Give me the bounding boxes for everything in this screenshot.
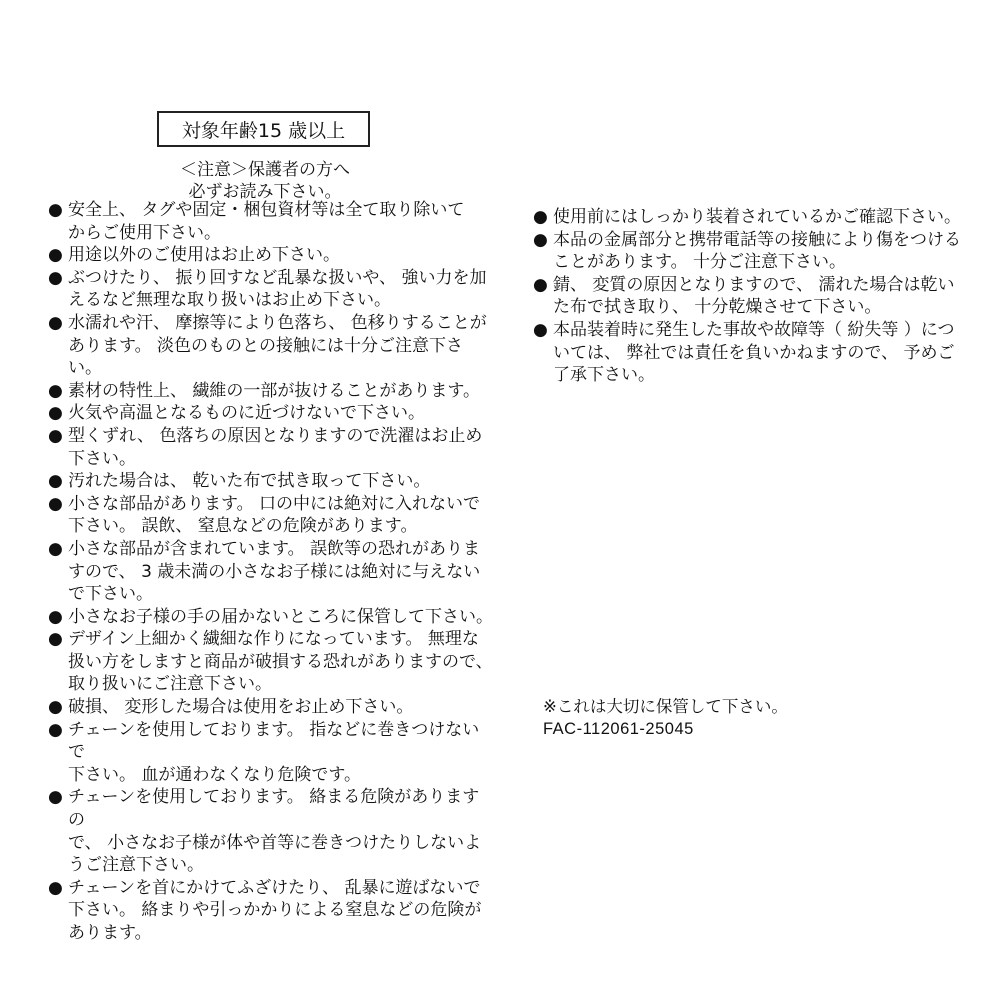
caution-item-text: 用途以外のご使用はお止め下さい。 xyxy=(68,244,493,267)
caution-item: ●型くずれ、 色落ちの原因となりますので洗濯はお止め 下さい。 xyxy=(48,425,493,470)
caution-item: ●安全上、 タグや固定・梱包資材等は全て取り除いて からご使用下さい。 xyxy=(48,199,493,244)
bullet-icon: ● xyxy=(48,877,63,900)
bullet-icon: ● xyxy=(48,493,63,516)
caution-item-text: 安全上、 タグや固定・梱包資材等は全て取り除いて からご使用下さい。 xyxy=(68,199,493,244)
bullet-icon: ● xyxy=(48,244,63,267)
caution-item-text: 錆、 変質の原因となりますので、 濡れた場合は乾い た布で拭き取り、 十分乾燥さ… xyxy=(553,274,973,319)
bullet-icon: ● xyxy=(48,696,63,719)
bullet-icon: ● xyxy=(48,312,63,335)
caution-item-text: 汚れた場合は、 乾いた布で拭き取って下さい。 xyxy=(68,470,493,493)
caution-heading: ＜注意＞保護者の方へ xyxy=(130,159,400,181)
bullet-icon: ● xyxy=(533,319,548,342)
bullet-icon: ● xyxy=(48,628,63,651)
caution-item: ●使用前にはしっかり装着されているかご確認下さい。 xyxy=(533,206,973,229)
caution-item-text: デザイン上細かく繊細な作りになっています。 無理な 扱い方をしますと商品が破損す… xyxy=(68,628,493,696)
caution-item-text: 本品の金属部分と携帯電話等の接触により傷をつける ことがあります。 十分ご注意下… xyxy=(553,229,973,274)
caution-item: ●小さな部品が含まれています。 誤飲等の恐れがありま すので、 3 歳未満の小さ… xyxy=(48,538,493,606)
caution-item-text: 本品装着時に発生した事故や故障等（ 紛失等 ）につ いては、 弊社では責任を負い… xyxy=(553,319,973,387)
caution-item-text: 型くずれ、 色落ちの原因となりますので洗濯はお止め 下さい。 xyxy=(68,425,493,470)
bullet-icon: ● xyxy=(48,199,63,222)
caution-item-text: 素材の特性上、 繊維の一部が抜けることがあります。 xyxy=(68,380,493,403)
bullet-icon: ● xyxy=(48,470,63,493)
product-code: FAC-112061-25045 xyxy=(543,718,694,740)
bullet-icon: ● xyxy=(48,425,63,448)
bullet-icon: ● xyxy=(533,206,548,229)
bullet-icon: ● xyxy=(533,274,548,297)
caution-item-text: チェーンを首にかけてふざけたり、 乱暴に遊ばないで 下さい。 絡まりや引っかかり… xyxy=(68,877,493,945)
caution-item: ●破損、 変形した場合は使用をお止め下さい。 xyxy=(48,696,493,719)
caution-item: ●チェーンを首にかけてふざけたり、 乱暴に遊ばないで 下さい。 絡まりや引っかか… xyxy=(48,877,493,945)
right-caution-list: ●使用前にはしっかり装着されているかご確認下さい。●本品の金属部分と携帯電話等の… xyxy=(533,206,973,387)
left-caution-list: ●安全上、 タグや固定・梱包資材等は全て取り除いて からご使用下さい。●用途以外… xyxy=(48,199,493,945)
caution-item: ●本品の金属部分と携帯電話等の接触により傷をつける ことがあります。 十分ご注意… xyxy=(533,229,973,274)
caution-item-text: 火気や高温となるものに近づけないで下さい。 xyxy=(68,402,493,425)
caution-item: ●デザイン上細かく繊細な作りになっています。 無理な 扱い方をしますと商品が破損… xyxy=(48,628,493,696)
caution-item: ●錆、 変質の原因となりますので、 濡れた場合は乾い た布で拭き取り、 十分乾燥… xyxy=(533,274,973,319)
target-age-box: 対象年齢15 歳以上 xyxy=(157,111,370,147)
bullet-icon: ● xyxy=(48,380,63,403)
keep-note: ※これは大切に保管して下さい。 xyxy=(543,696,788,718)
caution-item: ●水濡れや汗、 摩擦等により色落ち、 色移りすることが あります。 淡色のものと… xyxy=(48,312,493,380)
bullet-icon: ● xyxy=(48,402,63,425)
caution-item: ●チェーンを使用しております。 絡まる危険がありますの で、 小さなお子様が体や… xyxy=(48,786,493,876)
caution-item: ●用途以外のご使用はお止め下さい。 xyxy=(48,244,493,267)
caution-item: ●本品装着時に発生した事故や故障等（ 紛失等 ）につ いては、 弊社では責任を負… xyxy=(533,319,973,387)
caution-item-text: ぶつけたり、 振り回すなど乱暴な扱いや、 強い力を加 えるなど無理な取り扱いはお… xyxy=(68,267,493,312)
bullet-icon: ● xyxy=(48,786,63,809)
caution-item-text: 水濡れや汗、 摩擦等により色落ち、 色移りすることが あります。 淡色のものとの… xyxy=(68,312,493,380)
caution-item-text: 小さな部品が含まれています。 誤飲等の恐れがありま すので、 3 歳未満の小さな… xyxy=(68,538,493,606)
caution-item: ●小さなお子様の手の届かないところに保管して下さい。 xyxy=(48,606,493,629)
caution-item: ●汚れた場合は、 乾いた布で拭き取って下さい。 xyxy=(48,470,493,493)
caution-item-text: チェーンを使用しております。 指などに巻きつけないで 下さい。 血が通わなくなり… xyxy=(68,719,493,787)
caution-item-text: 小さなお子様の手の届かないところに保管して下さい。 xyxy=(68,606,493,629)
caution-item-text: チェーンを使用しております。 絡まる危険がありますの で、 小さなお子様が体や首… xyxy=(68,786,493,876)
caution-item: ●ぶつけたり、 振り回すなど乱暴な扱いや、 強い力を加 えるなど無理な取り扱いは… xyxy=(48,267,493,312)
target-age-label: 対象年齢15 歳以上 xyxy=(182,116,345,143)
bullet-icon: ● xyxy=(48,606,63,629)
bullet-icon: ● xyxy=(533,229,548,252)
bullet-icon: ● xyxy=(48,538,63,561)
caution-item: ●火気や高温となるものに近づけないで下さい。 xyxy=(48,402,493,425)
caution-item: ●チェーンを使用しております。 指などに巻きつけないで 下さい。 血が通わなくな… xyxy=(48,719,493,787)
caution-item-text: 小さな部品があります。 口の中には絶対に入れないで 下さい。 誤飲、 窒息などの… xyxy=(68,493,493,538)
caution-item-text: 使用前にはしっかり装着されているかご確認下さい。 xyxy=(553,206,973,229)
caution-item: ●素材の特性上、 繊維の一部が抜けることがあります。 xyxy=(48,380,493,403)
bullet-icon: ● xyxy=(48,719,63,742)
bullet-icon: ● xyxy=(48,267,63,290)
caution-item: ●小さな部品があります。 口の中には絶対に入れないで 下さい。 誤飲、 窒息など… xyxy=(48,493,493,538)
caution-item-text: 破損、 変形した場合は使用をお止め下さい。 xyxy=(68,696,493,719)
